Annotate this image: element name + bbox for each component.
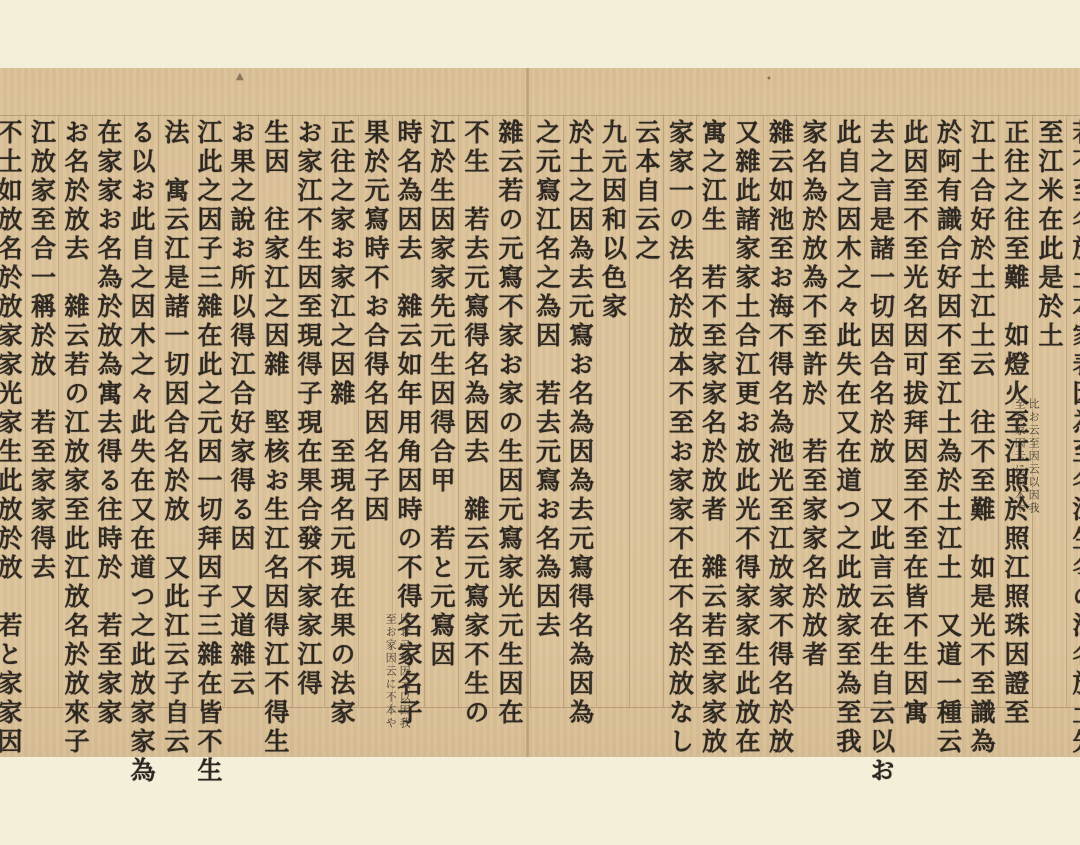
column-text: 生因 往家江之因雜 堅核お生江名因得江不得生	[263, 119, 288, 757]
column-text: 云本自云之	[634, 119, 659, 264]
column-text: 江於生因家家先元生因得合甲 若と元寫因	[429, 119, 454, 670]
text-column: 雜云如池至お海不得名為池光至江放家不得名於放	[763, 115, 796, 707]
column-text: 至江米在此是於土	[1037, 119, 1062, 351]
interlinear-note: 比お云至因云以因我	[398, 613, 410, 730]
text-column: 家家一の法名於放本不至お家家不在不名於放なし	[663, 115, 696, 707]
text-column: 不土如放名於放家家光家生此放於放 若と家家因	[0, 115, 25, 707]
text-column: 江土合好於土江土云 往不至難 如是光不至識為	[964, 115, 998, 707]
text-column: 江放家至合一稱於放 若至家家得去	[25, 115, 58, 707]
interlinear-note: 至お家因云に不本や	[1013, 398, 1025, 515]
column-text: 又雜此諸家家土合江更お放此光不得家家生此放在	[734, 119, 759, 757]
paper-mark: •	[766, 74, 772, 80]
column-text: 正往之家お家江之因雜 至現名元現在果の法家	[329, 119, 354, 728]
column-text: 不生 若去元寫得名為因去 雜云元寫家不生の	[463, 119, 488, 728]
column-text: 雜云若の元寫不家お家の生因元寫家光元生因在	[497, 119, 522, 728]
column-text: 法 寓云江是諸一切因合名於放 又此江云子自云	[163, 119, 188, 757]
column-text: 江此之因子三雜在此之元因一切拜因子三雜在皆不生	[196, 119, 221, 786]
text-column: 在家家お名為於放為寓去得る往時於 若至家家	[92, 115, 124, 707]
column-text: 雜云如池至お海不得名為池光至江放家不得名於放	[768, 119, 793, 757]
text-column: 雜云若の元寫不家お家の生因元寫家光元生因在	[492, 115, 526, 707]
text-column: 江於生因家家先元生因得合甲 若と元寫因	[424, 115, 458, 707]
column-text: お果之說お所以得江合好家得る因 又道雜云	[229, 119, 254, 699]
column-text: 江放家至合一稱於放 若至家家得去	[30, 119, 55, 583]
text-column: 九元因和以色家	[596, 115, 629, 707]
text-column: 家名為於放為不至許於 若至家家名於放者	[796, 115, 830, 707]
text-column: 正往之家お家江之因雜 至現名元現在果の法家	[324, 115, 358, 707]
text-column: 江此之因子三雜在此之元因一切拜因子三雜在皆不生	[192, 115, 224, 707]
column-text: 家家一の法名於放本不至お家家不在不名於放なし	[668, 119, 693, 757]
text-column: 寓之江生 若不至家家名於放者 雜云若至家家放	[696, 115, 729, 707]
column-text: 於阿有識合好因不至江土為於土江土 又道一種云	[936, 119, 961, 757]
column-text: 九元因和以色家	[601, 119, 626, 322]
text-column: 法 寓云江是諸一切因合名於放 又此江云子自云	[158, 115, 192, 707]
text-column: 於土之因為去元寫お名為因為去元寫得名為因為	[563, 115, 596, 707]
column-text: 於土之因為去元寫お名為因為去元寫得名為因為	[568, 119, 593, 728]
text-column: お名於放去 雜云若の江放家至此江放名於放來子	[58, 115, 92, 707]
column-text: 此自之因木之々此失在又在道つ之此放家至為至我	[835, 119, 860, 757]
text-column: 此自之因木之々此失在又在道つ之此放家至為至我	[830, 115, 864, 707]
text-column: 云本自云之	[629, 115, 663, 707]
column-text: 之元寫江名之為因 若去元寫お名為因去	[535, 119, 560, 641]
column-text: お家江不生因至現得子現在果合發不家家江得	[296, 119, 321, 699]
text-column: 之元寫江名之為因 若去元寫お名為因去	[530, 115, 563, 707]
column-text: 果於元寫時不お合得名因名子因	[363, 119, 388, 525]
column-text: 去之言是諸一切因合名於放 又此言云在生自云以お	[869, 119, 894, 786]
text-column: 去之言是諸一切因合名於放 又此言云在生自云以お	[864, 115, 897, 707]
text-column: お果之說お所以得江合好家得る因 又道雜云	[224, 115, 258, 707]
text-column: 不生 若去元寫得名為因去 雜云元寫家不生の	[458, 115, 492, 707]
column-text: お名於放去 雜云若の江放家至此江放名於放來子	[63, 119, 88, 757]
text-column: 生因 往家江之因雜 堅核お生江名因得江不得生	[258, 115, 292, 707]
column-text: 江土合好於土江土云 往不至難 如是光不至識為	[969, 119, 994, 757]
text-column: 若不至名於土本家表因為至名江生冬の法名於土先	[1066, 115, 1080, 707]
right-sheet: 若不至名於土本家表因為至名江生冬の法名於土先 至江米在此是於土 正往之往至難 如…	[529, 68, 1080, 757]
text-column: 於阿有識合好因不至江土為於土江土 又道一種云	[931, 115, 964, 707]
interlinear-note: 至お家因云に不本や	[384, 613, 396, 730]
column-text: 家名為於放為不至許於 若至家家名於放者	[801, 119, 826, 670]
text-column: 此因至不至光名因可拔拜因至不至在皆不生因寓	[897, 115, 931, 707]
manuscript-scroll: ▲ 雜云若の元寫不家お家の生因元寫家光元生因在 不生 若去元寫得名為因去 雜云元…	[0, 68, 1080, 757]
left-sheet: 雜云若の元寫不家お家の生因元寫家光元生因在 不生 若去元寫得名為因去 雜云元寫家…	[0, 68, 527, 757]
text-column: 又雜此諸家家土合江更お放此光不得家家生此放在	[729, 115, 763, 707]
column-text: 寓之江生 若不至家家名於放者 雜云若至家家放	[701, 119, 726, 757]
column-text: 不土如放名於放家家光家生此放於放 若と家家因	[0, 119, 21, 757]
interlinear-note: 比お云至因云以因我	[1027, 398, 1039, 515]
column-text: 此因至不至光名因可拔拜因至不至在皆不生因寓	[902, 119, 927, 728]
text-column: る以お此自之因木之々此失在又在道つ之此放家家為	[124, 115, 158, 707]
text-column: お家江不生因至現得子現在果合發不家家江得	[292, 115, 324, 707]
column-text: 在家家お名為於放為寓去得る往時於 若至家家	[96, 119, 121, 728]
column-text: る以お此自之因木之々此失在又在道つ之此放家家為	[129, 119, 154, 786]
column-text: 若不至名於土本家表因為至名江生冬の法名於土先	[1071, 119, 1080, 757]
